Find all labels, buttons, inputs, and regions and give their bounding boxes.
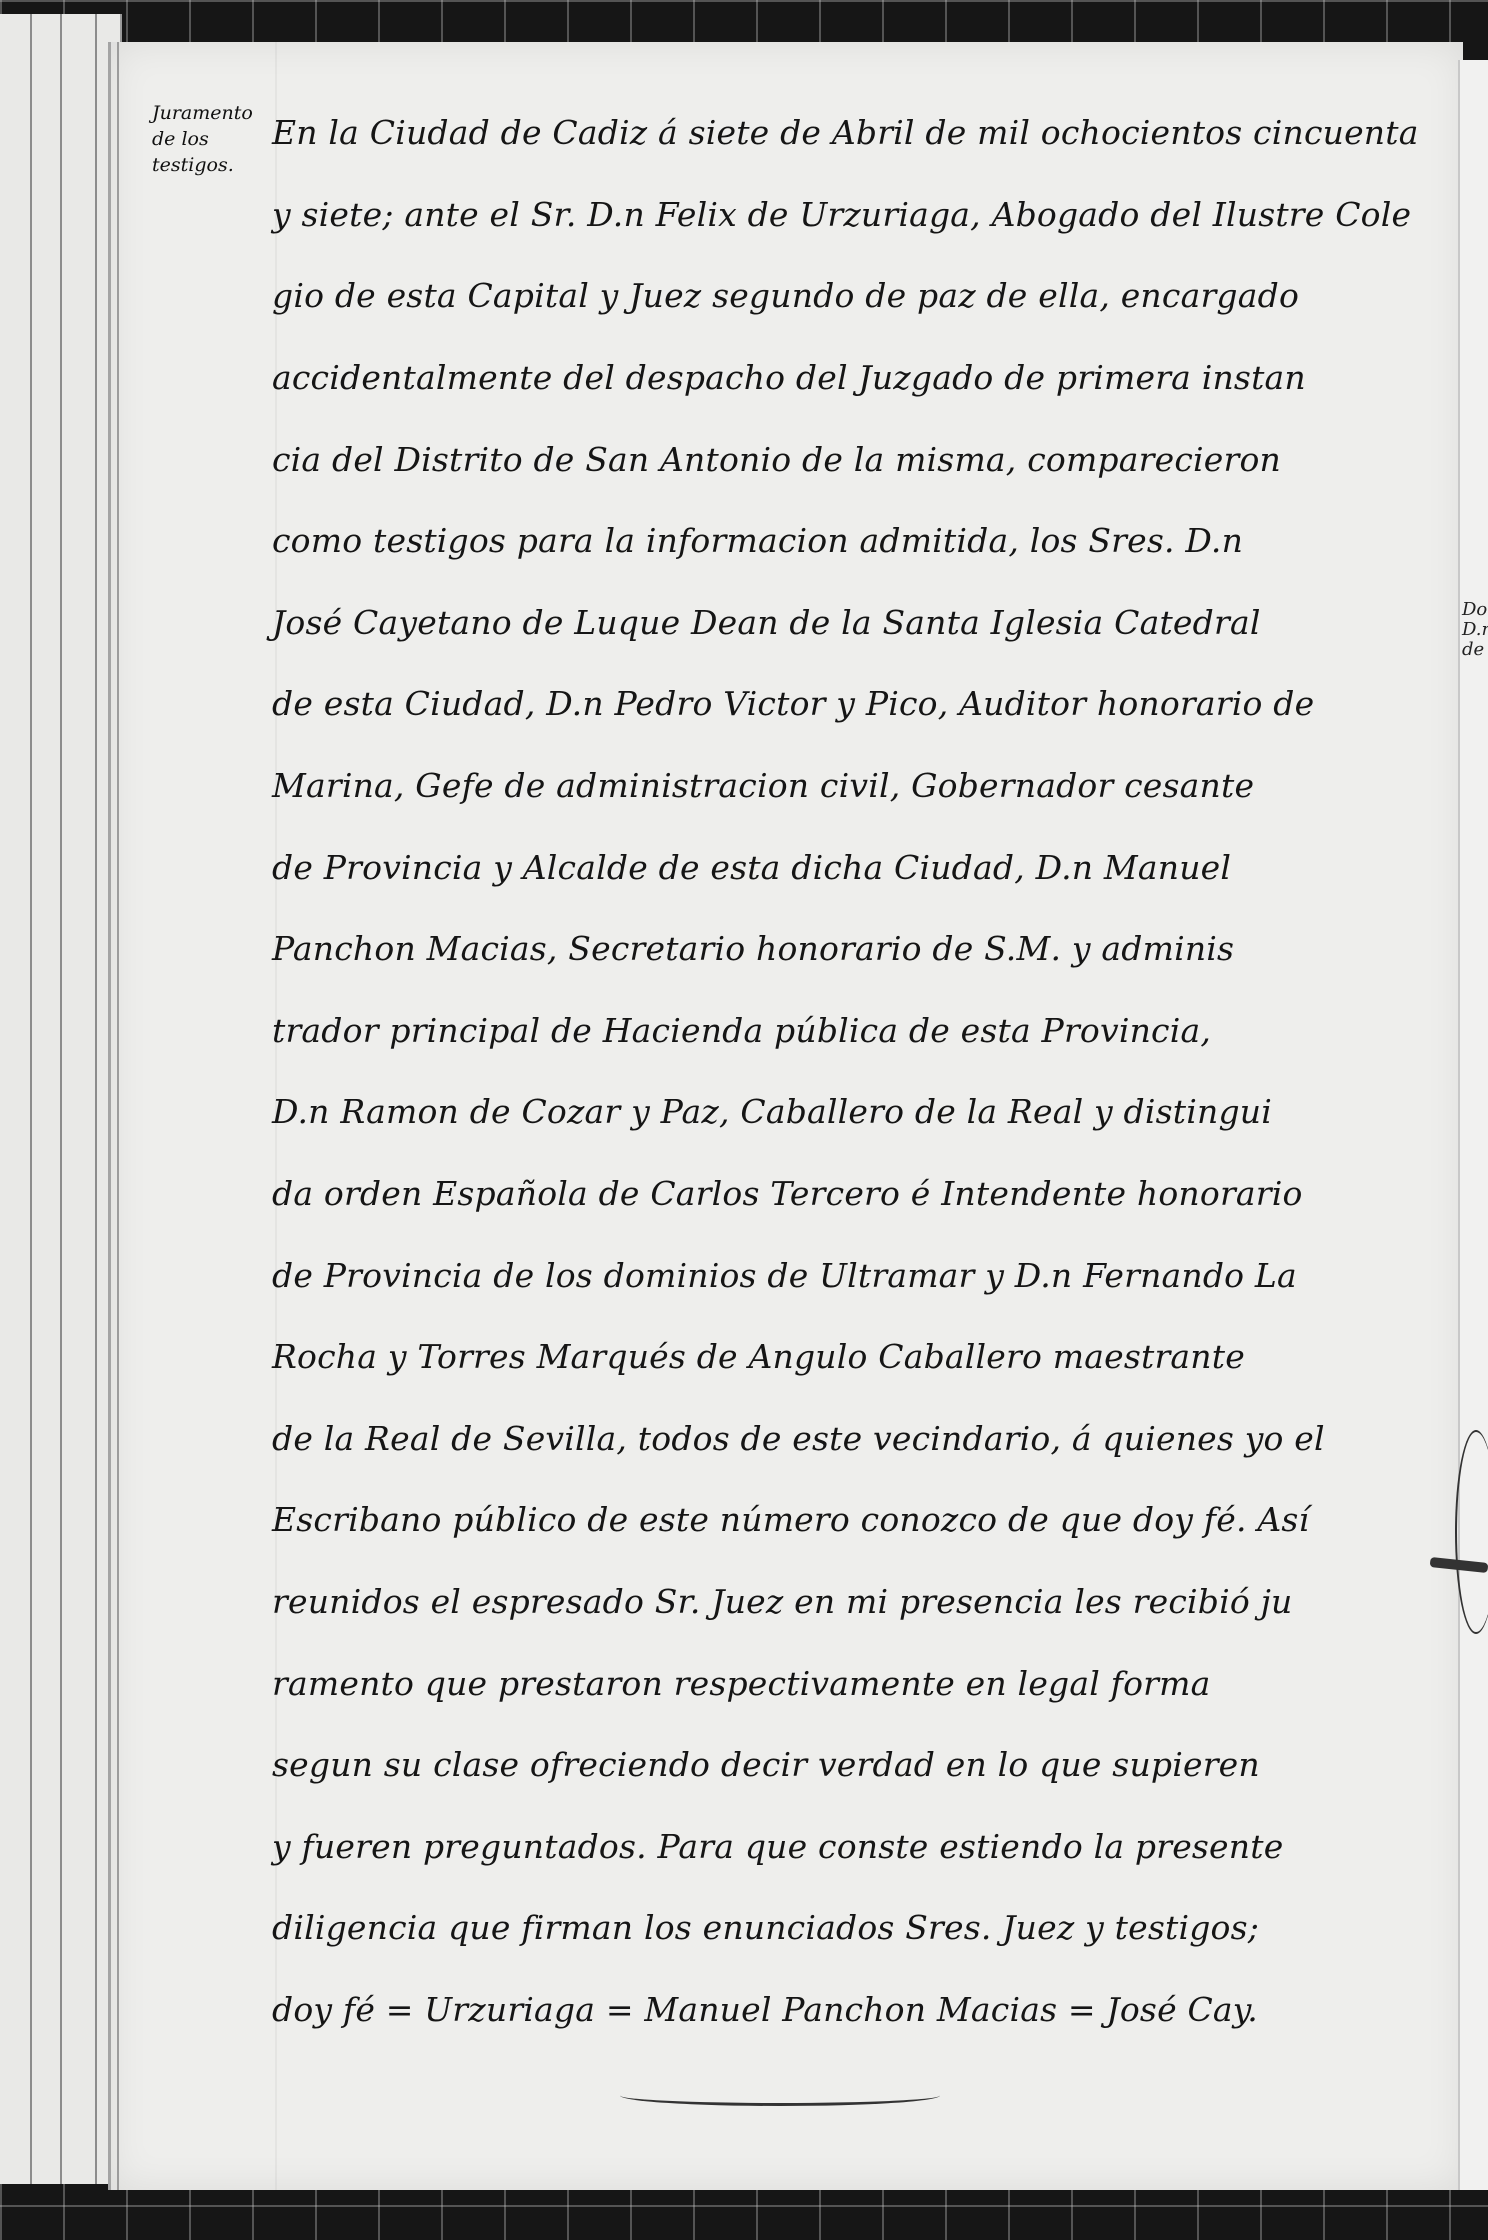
text-line: segun su clase ofreciendo decir verdad e…	[272, 1724, 1392, 1806]
text-line: trador principal de Hacienda pública de …	[272, 990, 1392, 1072]
text-line: da orden Española de Carlos Tercero é In…	[272, 1153, 1392, 1235]
text-line: de Provincia de los dominios de Ultramar…	[272, 1234, 1392, 1316]
stacked-page-edges	[0, 14, 122, 2184]
adjacent-page-note: Do D.n de	[1462, 600, 1488, 660]
text-line: En la Ciudad de Cadiz á siete de Abril d…	[272, 92, 1392, 174]
text-line: José Cayetano de Luque Dean de la Santa …	[272, 582, 1392, 664]
text-line: D.n Ramon de Cozar y Paz, Caballero de l…	[272, 1071, 1392, 1153]
text-line: Escribano público de este número conozco…	[272, 1479, 1392, 1561]
text-line: como testigos para la informacion admiti…	[272, 500, 1392, 582]
page-edge-line	[60, 14, 62, 2184]
text-line: y siete; ante el Sr. D.n Felix de Urzuri…	[272, 174, 1392, 256]
margin-note-line: Juramento	[152, 100, 282, 126]
margin-note: Juramento de los testigos.	[152, 100, 282, 178]
text-line: y fueren preguntados. Para que conste es…	[272, 1805, 1392, 1887]
page-edge-line	[30, 14, 32, 2184]
text-line: de la Real de Sevilla, todos de este vec…	[272, 1398, 1392, 1480]
text-line: Rocha y Torres Marqués de Angulo Caballe…	[272, 1316, 1392, 1398]
text-line: diligencia que firman los enunciados Sre…	[272, 1887, 1392, 1969]
text-line: gio de esta Capital y Juez segundo de pa…	[272, 255, 1392, 337]
text-line: reunidos el espresado Sr. Juez en mi pre…	[272, 1561, 1392, 1643]
closing-flourish	[620, 2085, 940, 2106]
text-line: Panchon Macias, Secretario honorario de …	[272, 908, 1392, 990]
text-line: de esta Ciudad, D.n Pedro Victor y Pico,…	[272, 663, 1392, 745]
text-line: cia del Distrito de San Antonio de la mi…	[272, 418, 1392, 500]
text-line: Marina, Gefe de administracion civil, Go…	[272, 745, 1392, 827]
text-line: de Provincia y Alcalde de esta dicha Ciu…	[272, 826, 1392, 908]
text-line: doy fé = Urzuriaga = Manuel Panchon Maci…	[272, 1969, 1392, 2051]
page-edge-line	[95, 14, 97, 2184]
margin-note-line: de los testigos.	[152, 126, 282, 178]
text-line: ramento que prestaron respectivamente en…	[272, 1642, 1392, 1724]
text-line: accidentalmente del despacho del Juzgado…	[272, 337, 1392, 419]
manuscript-body: En la Ciudad de Cadiz á siete de Abril d…	[272, 92, 1392, 2050]
adjacent-page-edge	[1458, 60, 1488, 2190]
